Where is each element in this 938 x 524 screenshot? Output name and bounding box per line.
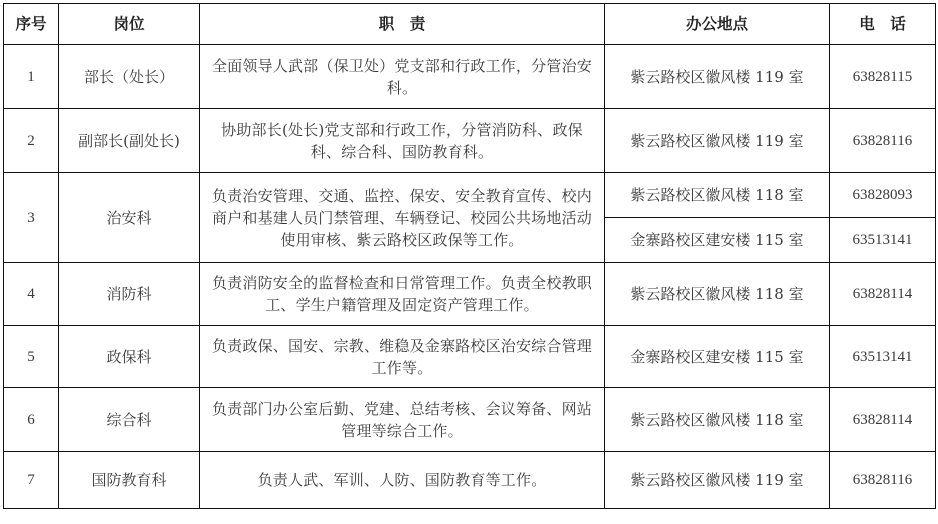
row-location: 紫云路校区徽风楼 118 室	[605, 263, 830, 326]
row-location: 紫云路校区徽风楼 118 室	[605, 173, 830, 218]
row-duty: 负责消防安全的监督检查和日常管理工作。负责全校教职工、学生户籍管理及固定资产管理…	[200, 263, 605, 326]
row-index: 1	[4, 45, 59, 109]
table-row: 7 国防教育科 负责人武、军训、人防、国防教育等工作。 紫云路校区徽风楼 119…	[4, 452, 936, 509]
row-position: 治安科	[59, 173, 200, 263]
row-duty: 负责人武、军训、人防、国防教育等工作。	[200, 452, 605, 509]
header-duty: 职 责	[200, 4, 605, 45]
row-phone: 63828114	[830, 388, 936, 452]
department-duty-table: 序号 岗位 职 责 办公地点 电 话 1 部长（处长） 全面领导人武部（保卫处）…	[3, 3, 936, 509]
row-duty: 负责政保、国安、宗教、维稳及金寨路校区治安综合管理工作等。	[200, 326, 605, 388]
table-row: 5 政保科 负责政保、国安、宗教、维稳及金寨路校区治安综合管理工作等。 金寨路校…	[4, 326, 936, 388]
table-row: 3 治安科 负责治安管理、交通、监控、保安、安全教育宣传、校内商户和基建人员门禁…	[4, 173, 936, 218]
row-duty: 全面领导人武部（保卫处）党支部和行政工作，分管治安科。	[200, 45, 605, 109]
row-location: 金寨路校区建安楼 115 室	[605, 326, 830, 388]
row-duty: 协助部长(处长)党支部和行政工作，分管消防科、政保科、综合科、国防教育科。	[200, 109, 605, 173]
row-phone: 63828116	[830, 109, 936, 173]
row-position: 国防教育科	[59, 452, 200, 509]
row-location: 紫云路校区徽风楼 119 室	[605, 45, 830, 109]
row-index: 4	[4, 263, 59, 326]
header-index: 序号	[4, 4, 59, 45]
row-position: 政保科	[59, 326, 200, 388]
row-position: 综合科	[59, 388, 200, 452]
row-position: 消防科	[59, 263, 200, 326]
table-row: 2 副部长(副处长) 协助部长(处长)党支部和行政工作，分管消防科、政保科、综合…	[4, 109, 936, 173]
row-phone: 63513141	[830, 218, 936, 263]
row-index: 5	[4, 326, 59, 388]
row-phone: 63513141	[830, 326, 936, 388]
table-header-row: 序号 岗位 职 责 办公地点 电 话	[4, 4, 936, 45]
table-row: 6 综合科 负责部门办公室后勤、党建、总结考核、会议筹备、网站管理等综合工作。 …	[4, 388, 936, 452]
table-row: 1 部长（处长） 全面领导人武部（保卫处）党支部和行政工作，分管治安科。 紫云路…	[4, 45, 936, 109]
row-duty: 负责部门办公室后勤、党建、总结考核、会议筹备、网站管理等综合工作。	[200, 388, 605, 452]
row-index: 3	[4, 173, 59, 263]
row-location: 金寨路校区建安楼 115 室	[605, 218, 830, 263]
row-duty: 负责治安管理、交通、监控、保安、安全教育宣传、校内商户和基建人员门禁管理、车辆登…	[200, 173, 605, 263]
row-phone: 63828093	[830, 173, 936, 218]
row-position: 副部长(副处长)	[59, 109, 200, 173]
row-location: 紫云路校区徽风楼 119 室	[605, 109, 830, 173]
row-phone: 63828116	[830, 452, 936, 509]
row-phone: 63828114	[830, 263, 936, 326]
row-location: 紫云路校区徽风楼 119 室	[605, 452, 830, 509]
row-index: 7	[4, 452, 59, 509]
header-location: 办公地点	[605, 4, 830, 45]
table-row: 4 消防科 负责消防安全的监督检查和日常管理工作。负责全校教职工、学生户籍管理及…	[4, 263, 936, 326]
header-phone: 电 话	[830, 4, 936, 45]
row-index: 2	[4, 109, 59, 173]
row-position: 部长（处长）	[59, 45, 200, 109]
row-phone: 63828115	[830, 45, 936, 109]
row-index: 6	[4, 388, 59, 452]
header-position: 岗位	[59, 4, 200, 45]
row-location: 紫云路校区徽风楼 118 室	[605, 388, 830, 452]
